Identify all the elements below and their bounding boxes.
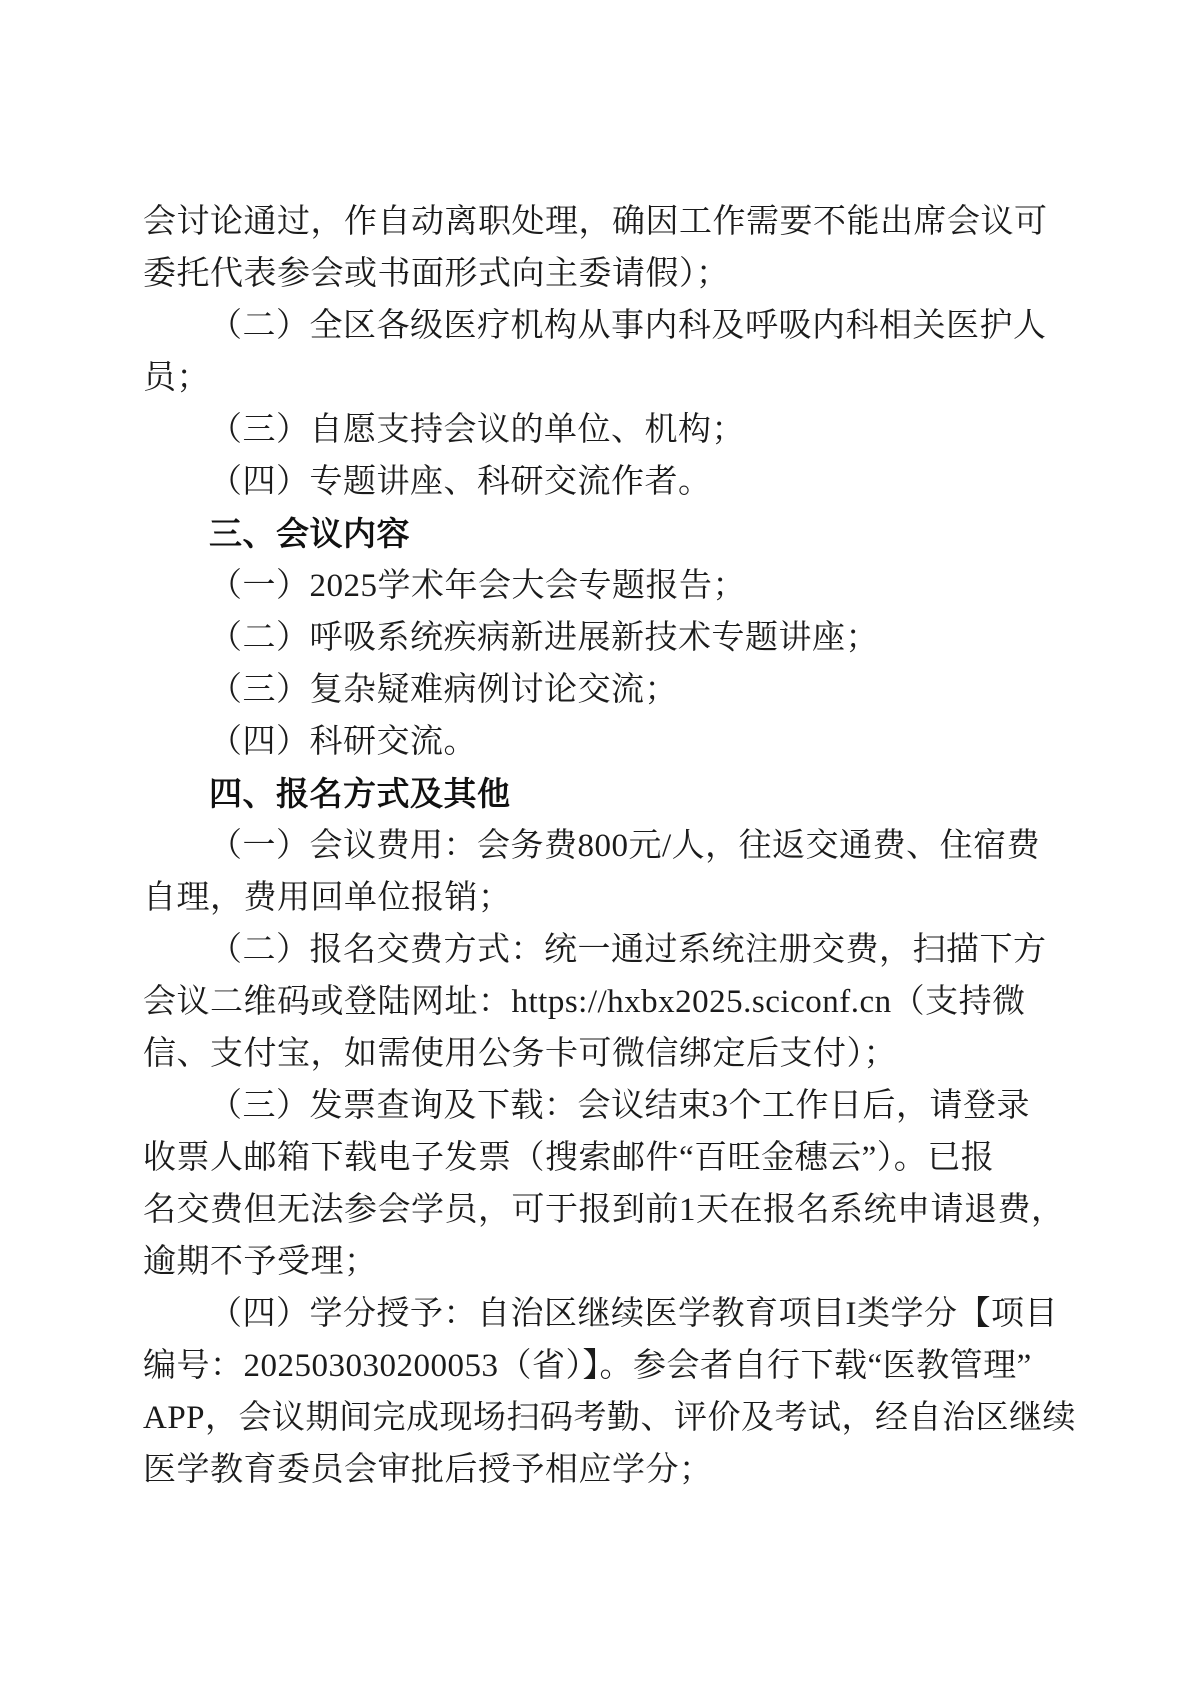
text-line: （四）科研交流。 [143, 716, 1053, 768]
text-line: 医学教育委员会审批后授予相应学分； [143, 1444, 1053, 1496]
text-line: （一）会议费用：会务费800元/人，往返交通费、住宿费 [143, 820, 1053, 872]
text-line: （一）2025学术年会大会专题报告； [143, 560, 1053, 612]
text-line: 自理，费用回单位报销； [143, 872, 1053, 924]
text-line: 委托代表参会或书面形式向主委请假）； [143, 248, 1053, 300]
text-line: 名交费但无法参会学员，可于报到前1天在报名系统申请退费， [143, 1184, 1053, 1236]
document-page: 会讨论通过，作自动离职处理，确因工作需要不能出席会议可委托代表参会或书面形式向主… [0, 0, 1190, 1683]
text-line: （三）自愿支持会议的单位、机构； [143, 404, 1053, 456]
text-line: 编号：202503030200053（省）】。参会者自行下载“医教管理” [143, 1340, 1053, 1392]
text-line: （三）复杂疑难病例讨论交流； [143, 664, 1053, 716]
text-line: APP，会议期间完成现场扫码考勤、评价及考试，经自治区继续 [143, 1392, 1053, 1444]
text-block: 会讨论通过，作自动离职处理，确因工作需要不能出席会议可委托代表参会或书面形式向主… [143, 196, 1053, 1496]
text-line: （二）报名交费方式：统一通过系统注册交费，扫描下方 [143, 924, 1053, 976]
text-line: （三）发票查询及下载：会议结束3个工作日后，请登录 [143, 1080, 1053, 1132]
text-line: 信、支付宝，如需使用公务卡可微信绑定后支付）； [143, 1028, 1053, 1080]
text-line: 会议二维码或登陆网址：https://hxbx2025.sciconf.cn（支… [143, 976, 1053, 1028]
section-heading: 四、报名方式及其他 [143, 768, 1053, 820]
section-heading: 三、会议内容 [143, 508, 1053, 560]
text-line: （四）专题讲座、科研交流作者。 [143, 456, 1053, 508]
text-line: （二）呼吸系统疾病新进展新技术专题讲座； [143, 612, 1053, 664]
text-line: 逾期不予受理； [143, 1236, 1053, 1288]
text-line: 员； [143, 352, 1053, 404]
text-line: （四）学分授予：自治区继续医学教育项目I类学分【项目 [143, 1288, 1053, 1340]
text-line: 收票人邮箱下载电子发票（搜索邮件“百旺金穗云”）。已报 [143, 1132, 1053, 1184]
text-line: 会讨论通过，作自动离职处理，确因工作需要不能出席会议可 [143, 196, 1053, 248]
text-line: （二）全区各级医疗机构从事内科及呼吸内科相关医护人 [143, 300, 1053, 352]
